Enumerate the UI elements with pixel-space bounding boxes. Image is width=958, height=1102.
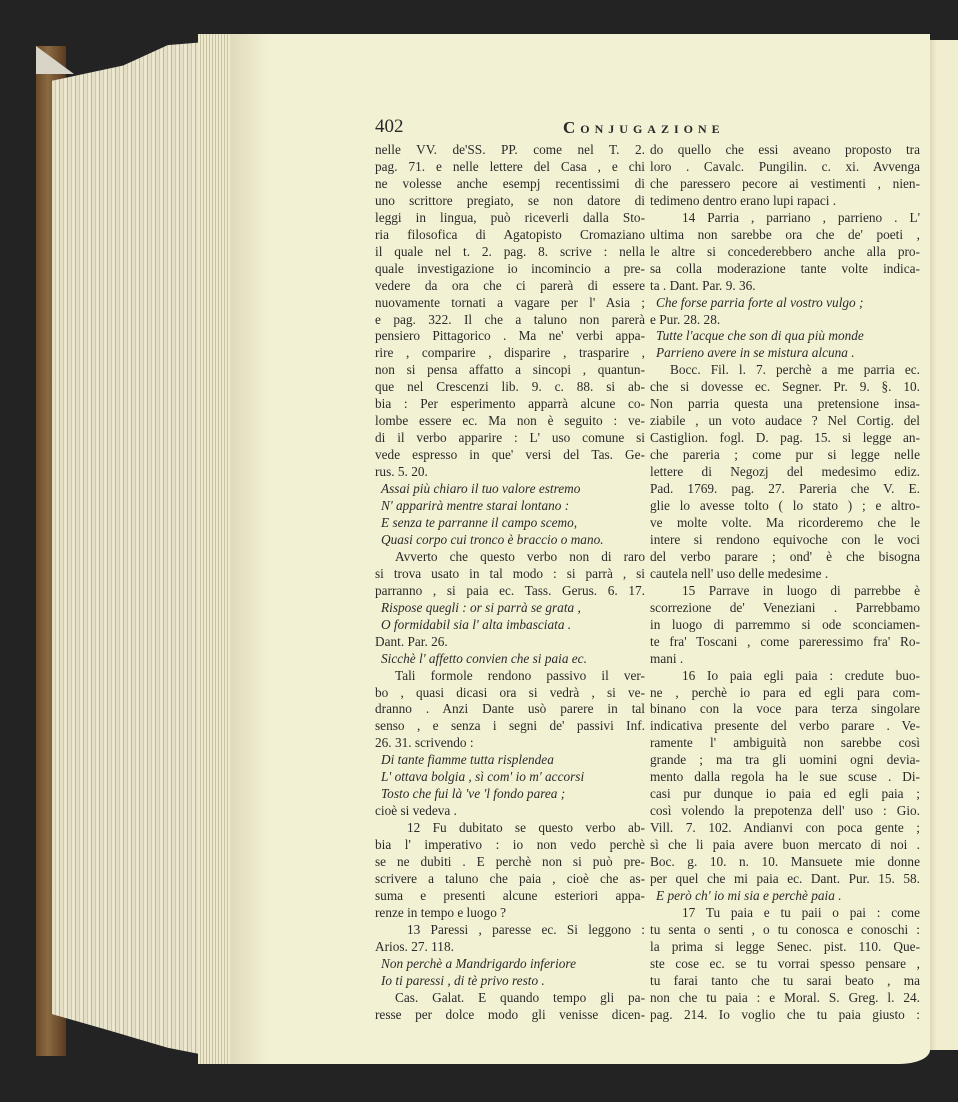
text-line: scrivere a taluno che paia , cioè che as… — [375, 871, 645, 888]
text-line: ne , perchè io para ed egli para com- — [650, 685, 920, 702]
text-line: tu senta o senti , o tu conosca e conosc… — [650, 922, 920, 939]
text-line: bia l' imperativo : io non vedo perchè — [375, 837, 645, 854]
text-line: Dant. Par. 26. — [375, 634, 645, 651]
text-line: Cas. Galat. E quando tempo gli pa- — [375, 990, 645, 1007]
text-line: leggi in lingua, può riceverli dalla Sto… — [375, 210, 645, 227]
text-line: si trova usato in tal modo : si parrà , … — [375, 566, 645, 583]
text-line: pensiero Pittagorico . Ma ne' verbi appa… — [375, 328, 645, 345]
text-line: indicativa presente del verbo parare . V… — [650, 718, 920, 735]
text-line: che paressero pecore ai vestimenti , nie… — [650, 176, 920, 193]
text-line: 13 Paressi , paresse ec. Si leggono : — [375, 922, 645, 939]
text-line: 15 Parrave in luogo di parrebbe è — [650, 583, 920, 600]
text-line: quale investigazione io incomincio a pre… — [375, 261, 645, 278]
text-line: scorrezione de' Veneziani . Parrebbamo — [650, 600, 920, 617]
text-line: che pareria ; come pur si legge nelle — [650, 447, 920, 464]
text-line: Io ti paressi , di tè privo resto . — [375, 973, 645, 990]
text-line: Tosto che fui là 've 'l fondo parea ; — [375, 786, 645, 803]
text-line: pag. 214. Io voglio che tu paia giusto : — [650, 1007, 920, 1024]
text-line: il quale nel t. 2. pag. 8. scrive : nell… — [375, 244, 645, 261]
text-line: binano con la voce para terza singolare — [650, 701, 920, 718]
text-line: se ne dubiti . E perchè non si può pre- — [375, 854, 645, 871]
text-line: la prima si legge Senec. pist. 110. Que- — [650, 939, 920, 956]
text-line: resse per dolce modo gli venisse dicen- — [375, 1007, 645, 1024]
text-line: L' ottava bolgia , sì com' io m' accorsi — [375, 769, 645, 786]
text-line: bo , quasi dicasi ora si vedrà , si ve- — [375, 685, 645, 702]
text-line: renze in tempo e luogo ? — [375, 905, 645, 922]
page-edges-inner — [198, 34, 232, 1064]
text-line: di il verbo apparire : L' uso comune si — [375, 430, 645, 447]
gutter-shadow — [230, 34, 270, 1064]
text-line: non che tu paia : e Moral. S. Greg. l. 2… — [650, 990, 920, 1007]
text-line: mento dalla regola ha le sue scuse . Di- — [650, 769, 920, 786]
text-line: cioè si vedeva . — [375, 803, 645, 820]
text-line: Parrieno avere in se mistura alcuna . — [650, 345, 920, 362]
text-line: grande ; ma tra gli uomini ogni devia- — [650, 752, 920, 769]
text-line: e pag. 322. Il che a taluno non parerà — [375, 312, 645, 329]
text-line: ria filosofica di Agatopisto Cromaziano — [375, 227, 645, 244]
text-line: ne volesse anche esempj recentissimi di — [375, 176, 645, 193]
text-line: nuovamente tornati a vagare per l' Asia … — [375, 295, 645, 312]
text-line: rus. 5. 20. — [375, 464, 645, 481]
text-line: bia : Per esperimento apparrà alcune co- — [375, 396, 645, 413]
text-line: 12 Fu dubitato se questo verbo ab- — [375, 820, 645, 837]
text-line: dranno . Anzi Dante usò parere in tal — [375, 701, 645, 718]
text-line: mani . — [650, 651, 920, 668]
text-line: senso , e senza i segni de' passivi Inf. — [375, 718, 645, 735]
text-line: così volendo la prepotenza dell' uso : G… — [650, 803, 920, 820]
text-line: tu farai tanto che tu sarai beato , ma — [650, 973, 920, 990]
text-line: Non perchè a Mandrigardo inferiore — [375, 956, 645, 973]
text-line: ultima non sarebbe ora che de' poeti , — [650, 227, 920, 244]
text-line: per quel che mi paia ec. Dant. Pur. 15. … — [650, 871, 920, 888]
text-line: lombe essere ec. Ma non è seguito : ve- — [375, 413, 645, 430]
running-title: Conjugazione — [563, 118, 725, 138]
text-line: 17 Tu paia e tu paii o pai : come — [650, 905, 920, 922]
text-column-left: nelle VV. de'SS. PP. come nel T. 2.pag. … — [375, 142, 645, 1024]
text-line: 26. 31. scrivendo : — [375, 735, 645, 752]
text-line: vedere da ora che ci parerà di essere — [375, 278, 645, 295]
text-line: ziabile , un voto audace ? Nel Cortig. d… — [650, 413, 920, 430]
text-line: suma e presenti alcune esteriori appa- — [375, 888, 645, 905]
page-header: 402 Conjugazione — [375, 116, 915, 140]
text-line: Che forse parria forte al vostro vulgo ; — [650, 295, 920, 312]
text-line: e Pur. 28. 28. — [650, 312, 920, 329]
text-line: vede espresso in que' versi del Tas. Ge- — [375, 447, 645, 464]
text-line: parranno , si paia ec. Tass. Gerus. 6. 1… — [375, 583, 645, 600]
text-line: in luogo di parremmo si ode sconciamen- — [650, 617, 920, 634]
text-line: pag. 71. e nelle lettere del Casa , e ch… — [375, 159, 645, 176]
text-line: nelle VV. de'SS. PP. come nel T. 2. — [375, 142, 645, 159]
text-line: Rispose quegli : or si parrà se grata , — [375, 600, 645, 617]
text-line: Tutte l'acque che son di qua più monde — [650, 328, 920, 345]
text-line: ramente l' ambiguità non sarebbe così — [650, 735, 920, 752]
text-line: ve molte volte. Ma ricorderemo che le — [650, 515, 920, 532]
text-line: Tali formole rendono passivo il ver- — [375, 668, 645, 685]
text-line: Bocc. Fil. l. 7. perchè a me parria ec. — [650, 362, 920, 379]
facing-page-edge — [928, 40, 958, 1050]
text-line: Pad. 1769. pag. 27. Pareria che V. E. — [650, 481, 920, 498]
text-line: uno scrittore pregiato, se non datore di — [375, 193, 645, 210]
text-line: Sicchè l' affetto convien che si paia ec… — [375, 651, 645, 668]
text-line: Di tante fiamme tutta risplendea — [375, 752, 645, 769]
text-line: Vill. 7. 102. Andianvi con poca gente ; — [650, 820, 920, 837]
text-line: ste cose ec. se tu vorrai spesso pensare… — [650, 956, 920, 973]
text-line: 16 Io paia egli paia : credute buo- — [650, 668, 920, 685]
text-line: Arios. 27. 118. — [375, 939, 645, 956]
text-line: Avverto che questo verbo non di raro — [375, 549, 645, 566]
text-line: que nel Crescenzi lib. 9. c. 88. si ab- — [375, 379, 645, 396]
text-line: che si dovesse ec. Segner. Pr. 9. §. 10. — [650, 379, 920, 396]
text-line: loro . Cavalc. Pungilin. c. xi. Avvenga — [650, 159, 920, 176]
text-line: O formidabil sia l' alta imbasciata . — [375, 617, 645, 634]
text-line: sa colla moderazione tante volte indica- — [650, 261, 920, 278]
text-line: E però ch' io mi sia e perchè paia . — [650, 888, 920, 905]
text-line: 14 Parria , parriano , parrieno . L' — [650, 210, 920, 227]
text-line: Boc. g. 10. n. 10. Mansuete mie donne — [650, 854, 920, 871]
text-line: Quasi corpo cui tronco è braccio o mano. — [375, 532, 645, 549]
text-line: do quello che essi aveano proposto tra — [650, 142, 920, 159]
text-line: lettere di Negozj del medesimo ediz. — [650, 464, 920, 481]
text-line: casi pur dunque io paia ed egli paia ; — [650, 786, 920, 803]
text-line: sì che li paia avere buon mercato di noi… — [650, 837, 920, 854]
text-line: del verbo parare ; ond' è che bisogna — [650, 549, 920, 566]
text-line: E senza te parranne il campo scemo, — [375, 515, 645, 532]
text-line: le altre si concederebbero anche alla pr… — [650, 244, 920, 261]
text-line: cautela nell' uso delle medesime . — [650, 566, 920, 583]
text-line: Non parria questa una pretensione insa- — [650, 396, 920, 413]
text-line: tedimeno dentro erano lupi rapaci . — [650, 193, 920, 210]
text-line: Assai più chiaro il tuo valore estremo — [375, 481, 645, 498]
text-line: intere si rendono equivoche con le voci — [650, 532, 920, 549]
text-line: non si pensa affatto a sincopi , quantun… — [375, 362, 645, 379]
page-number: 402 — [375, 116, 404, 138]
text-line: Castiglion. fogl. D. pag. 15. si legge a… — [650, 430, 920, 447]
text-line: ta . Dant. Par. 9. 36. — [650, 278, 920, 295]
text-line: N' apparirà mentre starai lontano : — [375, 498, 645, 515]
text-line: rire , comparire , disparire , trasparir… — [375, 345, 645, 362]
text-column-right: do quello che essi aveano proposto tralo… — [650, 142, 920, 1024]
text-line: te fra' Toscani , come pareressimo fra' … — [650, 634, 920, 651]
text-line: glie lo avesse tolto ( lo stato ) ; e al… — [650, 498, 920, 515]
